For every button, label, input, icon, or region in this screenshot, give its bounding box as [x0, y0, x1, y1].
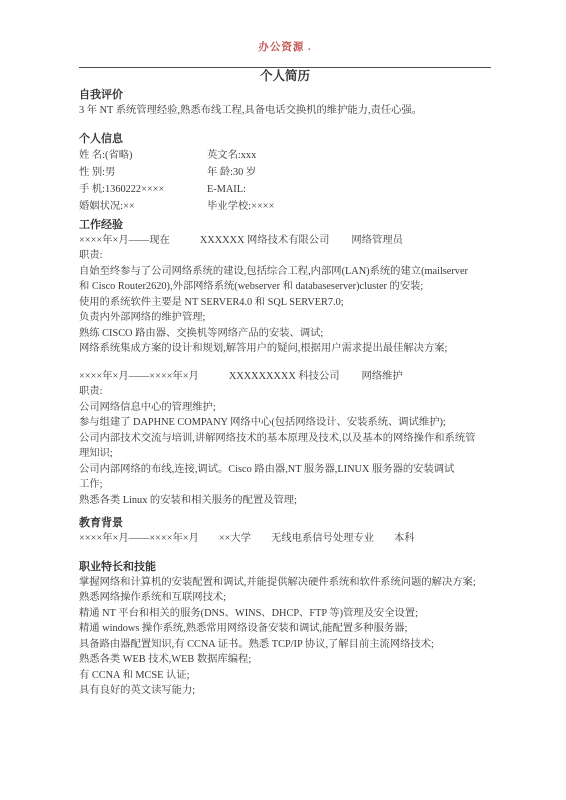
education-period: ××××年×月——××××年×月 [79, 533, 199, 544]
email-label: E-MAIL: [207, 184, 246, 195]
duty-line: 公司内部网络的布线,连接,调试。Cisco 路由器,NT 服务器,LINUX 服… [79, 462, 491, 478]
duties-label: 职责: [79, 384, 491, 400]
job-entry-1: ××××年×月——现在XXXXXX 网络技术有限公司网络管理员 职责: 自始至终… [79, 233, 491, 357]
info-left-cell: 姓 名:(省略) [79, 147, 207, 164]
skill-line: 有 CCNA 和 MCSE 认证; [79, 668, 491, 684]
info-right-cell: 年 龄:30 岁 [207, 167, 256, 178]
skill-line: 熟悉网络操作系统和互联网技术; [79, 590, 491, 606]
info-row-gender: 性 别:男年 龄:30 岁 [79, 164, 491, 181]
job-title: 网络维护 [362, 371, 403, 382]
section-personal-info: 个人信息 姓 名:(省略)英文名:xxx 性 别:男年 龄:30 岁 手 机:1… [79, 132, 491, 215]
duties-label: 职责: [79, 248, 491, 264]
duty-line: 公司网络信息中心的管理维护; [79, 400, 491, 416]
education-school: ××大学 [219, 533, 251, 544]
section-skills: 职业特长和技能 掌握网络和计算机的安装配置和调试,并能提供解决硬件系统和软件系统… [79, 560, 491, 699]
self-evaluation-text: 3 年 NT 系统管理经验,熟悉布线工程,具备电话交换机的维护能力,责任心强。 [79, 103, 491, 119]
duty-line: 和 Cisco Router2620),外部网络系统(webserver 和 d… [79, 279, 491, 295]
duty-line: 公司内部技术交流与培训,讲解网络技术的基本原理及技术,以及基本的网络操作和系统管 [79, 431, 491, 447]
skill-line: 精通 NT 平台和相关的服务(DNS、WINS、DHCP、FTP 等)管理及安全… [79, 606, 491, 622]
graduate-school-label: 毕业学校: [207, 201, 251, 212]
age-value: 30 岁 [233, 167, 256, 178]
education-line: ××××年×月——××××年×月××大学无线电系信号处理专业本科 [79, 531, 491, 547]
job-header-line: ××××年×月——现在XXXXXX 网络技术有限公司网络管理员 [79, 233, 491, 249]
mobile-value: 1360222×××× [105, 184, 164, 195]
duty-line: 使用的系统软件主要是 NT SERVER4.0 和 SQL SERVER7.0; [79, 295, 491, 311]
job-period: ××××年×月——现在 [79, 235, 170, 246]
info-row-phone: 手 机:1360222××××E-MAIL: [79, 181, 491, 198]
english-name-value: xxx [241, 150, 256, 161]
resume-page: 办公资源 . 个人简历 自我评价 3 年 NT 系统管理经验,熟悉布线工程,具备… [0, 0, 566, 800]
graduate-school-value: ×××× [251, 201, 274, 212]
duty-line: 熟悉各类 Linux 的安装和相关服务的配置及管理; [79, 493, 491, 509]
duty-line: 工作; [79, 477, 491, 493]
skill-line: 掌握网络和计算机的安装配置和调试,并能提供解决硬件系统和软件系统问题的解决方案; [79, 575, 491, 591]
name-label: 姓 名: [79, 150, 105, 161]
age-label: 年 龄: [207, 167, 233, 178]
skills-header: 职业特长和技能 [79, 560, 491, 575]
info-row-name: 姓 名:(省略)英文名:xxx [79, 147, 491, 164]
personal-info-header: 个人信息 [79, 132, 491, 147]
skill-line: 精通 windows 操作系统,熟悉常用网络设备安装和调试,能配置多种服务器; [79, 621, 491, 637]
section-work-experience: 工作经验 ××××年×月——现在XXXXXX 网络技术有限公司网络管理员 职责:… [79, 218, 491, 509]
job-period: ××××年×月——××××年×月 [79, 371, 199, 382]
english-name-label: 英文名: [207, 150, 241, 161]
info-right-cell: 英文名:xxx [207, 150, 256, 161]
page-title: 个人简历 [79, 68, 491, 85]
section-self-evaluation: 自我评价 3 年 NT 系统管理经验,熟悉布线工程,具备电话交换机的维护能力,责… [79, 88, 491, 119]
info-left-cell: 性 别:男 [79, 164, 207, 181]
work-experience-header: 工作经验 [79, 218, 491, 233]
skill-line: 具备路由器配置知识,有 CCNA 证书。熟悉 TCP/IP 协议,了解目前主流网… [79, 637, 491, 653]
skill-line: 具有良好的英文读写能力; [79, 683, 491, 699]
duty-line: 网络系统集成方案的设计和规划,解答用户的疑问,根据用户需求提出最佳解决方案; [79, 341, 491, 357]
section-education: 教育背景 ××××年×月——××××年×月××大学无线电系信号处理专业本科 [79, 516, 491, 547]
info-left-cell: 手 机:1360222×××× [79, 181, 207, 198]
job-title: 网络管理员 [351, 235, 402, 246]
duty-line: 参与组建了 DAPHNE COMPANY 网络中心(包括网络设计、安装系统、调试… [79, 415, 491, 431]
job-entry-2: ××××年×月——××××年×月XXXXXXXXX 科技公司网络维护 职责: 公… [79, 369, 491, 509]
mobile-label: 手 机: [79, 184, 105, 195]
gender-label: 性 别: [79, 167, 105, 178]
info-right-cell: E-MAIL: [207, 184, 246, 195]
info-right-cell: 毕业学校:×××× [207, 201, 274, 212]
education-header: 教育背景 [79, 516, 491, 531]
duty-line: 自始至终参与了公司网络系统的建设,包括综合工程,内部网(LAN)系统的建立(ma… [79, 264, 491, 280]
marital-status-value: ×× [123, 201, 135, 212]
duty-line: 理知识; [79, 446, 491, 462]
duty-line: 熟练 CISCO 路由器、交换机等网络产品的安装、调试; [79, 326, 491, 342]
duty-line: 负责内外部网络的维护管理; [79, 310, 491, 326]
job-company: XXXXXXXXX 科技公司 [229, 371, 340, 382]
job-header-line: ××××年×月——××××年×月XXXXXXXXX 科技公司网络维护 [79, 369, 491, 385]
skill-line: 熟悉各类 WEB 技术,WEB 数据库编程; [79, 652, 491, 668]
gender-value: 男 [105, 167, 115, 178]
education-degree: 本科 [394, 533, 415, 544]
info-row-marital: 婚姻状况:××毕业学校:×××× [79, 198, 491, 215]
marital-status-label: 婚姻状况: [79, 201, 123, 212]
self-evaluation-header: 自我评价 [79, 88, 491, 103]
info-left-cell: 婚姻状况:×× [79, 198, 207, 215]
education-major: 无线电系信号处理专业 [271, 533, 374, 544]
job-company: XXXXXX 网络技术有限公司 [200, 235, 330, 246]
watermark-logo: 办公资源 . [79, 40, 491, 55]
name-value: (省略) [105, 150, 132, 161]
